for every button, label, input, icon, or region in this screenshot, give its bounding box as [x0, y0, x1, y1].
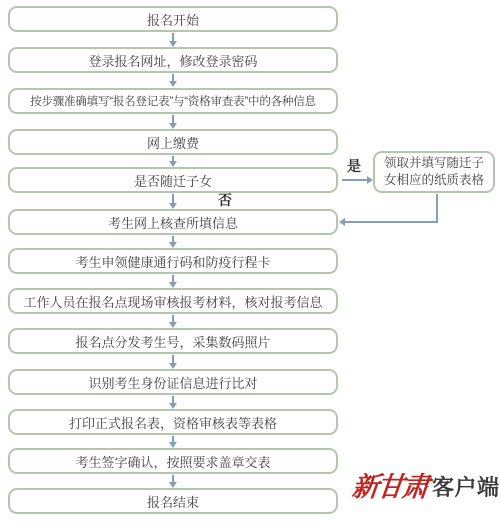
flowchart-canvas: 报名开始 登录报名网址，修改登录密码 按步骤准确填写“报名登记表”与“资格审查表… [0, 0, 500, 524]
flow-node-migrant-decision: 是否随迁子女 [8, 167, 338, 193]
flow-node-sign-confirm: 考生签字确认，按照要求盖章交表 [8, 448, 338, 474]
arrow-down-icon [172, 115, 174, 123]
flow-node-label: 网上缴费 [147, 133, 199, 152]
arrow-down-icon [172, 275, 174, 282]
flow-node-photo-collect: 报名点分发考生号，采集数码照片 [8, 328, 338, 354]
flow-node-verify-info: 考生网上核查所填信息 [8, 209, 338, 235]
flow-node-fill-forms: 按步骤准确填写“报名登记表”与“资格审查表”中的各种信息 [8, 88, 338, 114]
branch-label-no: 否 [218, 193, 232, 207]
arrow-down-icon [172, 74, 174, 81]
flow-node-label: 是否随迁子女 [134, 171, 212, 190]
flow-node-print-forms: 打印正式报名表，资格审核表等表格 [8, 409, 338, 435]
flow-node-onsite-review: 工作人员在报名点现场审核报考材料，核对报考信息 [8, 288, 338, 314]
flow-node-label: 工作人员在报名点现场审核报考材料，核对报考信息 [23, 292, 322, 311]
arrow-down-icon [172, 355, 174, 363]
flow-node-label: 识别考生身份证信息进行比对 [88, 373, 257, 392]
arrow-down-icon [172, 315, 174, 322]
media-logo: 新甘肃 客户端 [352, 474, 500, 501]
flow-node-id-compare: 识别考生身份证信息进行比对 [8, 369, 338, 395]
arrow-right-yes-branch-icon [342, 179, 367, 181]
return-connector-vertical [436, 194, 438, 221]
flow-node-label: 考生申领健康通行码和防疫行程卡 [75, 252, 270, 271]
flow-node-label: 打印正式报名表，资格审核表等表格 [69, 413, 277, 432]
flow-node-start: 报名开始 [8, 6, 338, 32]
flow-node-label: 领取并填写随迁子女相应的纸质表格 [380, 155, 488, 189]
flow-node-label: 按步骤准确填写“报名登记表”与“资格审查表”中的各种信息 [30, 93, 316, 109]
arrow-down-icon [172, 236, 174, 242]
flow-node-label: 报名开始 [147, 10, 199, 29]
flow-node-health-code: 考生申领健康通行码和防疫行程卡 [8, 248, 338, 274]
arrow-down-icon [172, 33, 174, 41]
return-connector-arrow-left-icon [345, 221, 438, 223]
logo-suffix-text: 客户端 [432, 477, 500, 499]
flow-node-label: 登录报名网址，修改登录密码 [88, 51, 257, 70]
logo-brand-text: 新甘肃 [351, 474, 429, 501]
arrow-down-no-branch-icon [172, 194, 174, 203]
flow-node-migrant-paper-forms: 领取并填写随迁子女相应的纸质表格 [373, 151, 495, 193]
flow-node-label: 报名点分发考生号，采集数码照片 [75, 332, 270, 351]
arrow-down-icon [172, 436, 174, 442]
flow-node-label: 报名结束 [147, 492, 199, 511]
branch-label-yes: 是 [347, 159, 361, 173]
flow-node-label: 考生签字确认，按照要求盖章交表 [75, 452, 270, 471]
flow-node-login: 登录报名网址，修改登录密码 [8, 47, 338, 73]
arrow-down-icon [172, 475, 174, 482]
flow-node-pay-online: 网上缴费 [8, 129, 338, 155]
arrow-down-icon [172, 396, 174, 403]
flow-node-end: 报名结束 [8, 488, 338, 514]
arrow-down-icon [172, 156, 174, 161]
flow-node-label: 考生网上核查所填信息 [108, 213, 238, 232]
